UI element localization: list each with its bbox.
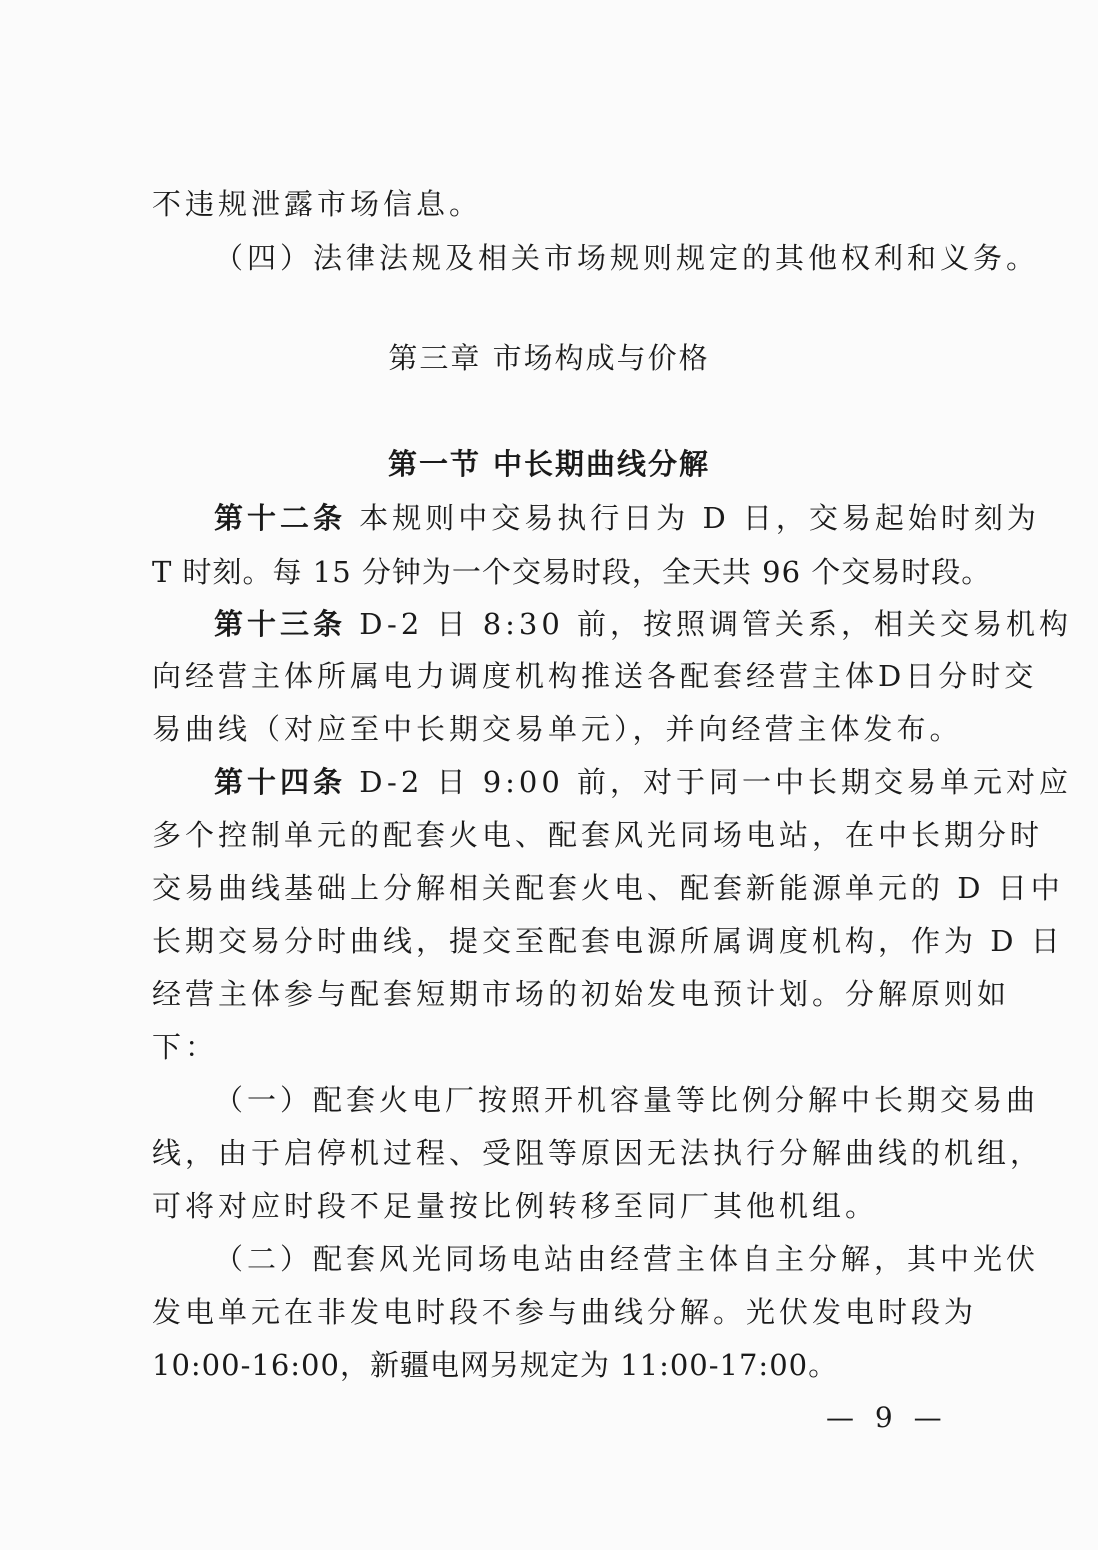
article-12-line-1: 第十二条 本规则中交易执行日为 D 日，交易起始时刻为 [214, 500, 1040, 536]
paragraph-line: （一）配套火电厂按照开机容量等比例分解中长期交易曲 [214, 1082, 1039, 1118]
paragraph-line: 下： [152, 1029, 218, 1065]
paragraph-line: （二）配套风光同场电站由经营主体自主分解，其中光伏 [214, 1241, 1039, 1277]
paragraph-line: 交易曲线基础上分解相关配套火电、配套新能源单元的 D 日中 [152, 870, 1064, 906]
paragraph-line: （四）法律法规及相关市场规则规定的其他权利和义务。 [214, 240, 1039, 276]
article-14-line-1: 第十四条 D-2 日 9:00 前，对于同一中长期交易单元对应 [214, 764, 1072, 800]
page-number: — 9 — [826, 1400, 948, 1436]
paragraph-line: 向经营主体所属电力调度机构推送各配套经营主体D日分时交 [152, 658, 1037, 694]
section-title: 第一节 中长期曲线分解 [0, 446, 1098, 482]
paragraph-line: 多个控制单元的配套火电、配套风光同场电站，在中长期分时 [152, 817, 1043, 853]
paragraph-line: 经营主体参与配套短期市场的初始发电预计划。分解原则如 [152, 976, 1010, 1012]
paragraph-line: 线，由于启停机过程、受阻等原因无法执行分解曲线的机组， [152, 1135, 1043, 1171]
paragraph-line: 易曲线（对应至中长期交易单元），并向经营主体发布。 [152, 711, 963, 747]
paragraph-line: 发电单元在非发电时段不参与曲线分解。光伏发电时段为 [152, 1294, 977, 1330]
paragraph-line: 长期交易分时曲线，提交至配套电源所属调度机构，作为 D 日 [152, 923, 1064, 959]
article-13-line-1: 第十三条 D-2 日 8:30 前，按照调管关系，相关交易机构 [214, 606, 1072, 642]
article-label: 第十四条 [214, 765, 346, 799]
chapter-title: 第三章 市场构成与价格 [0, 340, 1098, 376]
paragraph-line: 不违规泄露市场信息。 [152, 186, 482, 222]
paragraph-line: 10:00-16:00，新疆电网另规定为 11:00-17:00。 [152, 1347, 838, 1383]
paragraph-line: 可将对应时段不足量按比例转移至同厂其他机组。 [152, 1188, 878, 1224]
article-label: 第十三条 [214, 607, 346, 641]
article-label: 第十二条 [214, 501, 346, 535]
paragraph-line: T 时刻。每 15 分钟为一个交易时段，全天共 96 个交易时段。 [152, 554, 991, 590]
